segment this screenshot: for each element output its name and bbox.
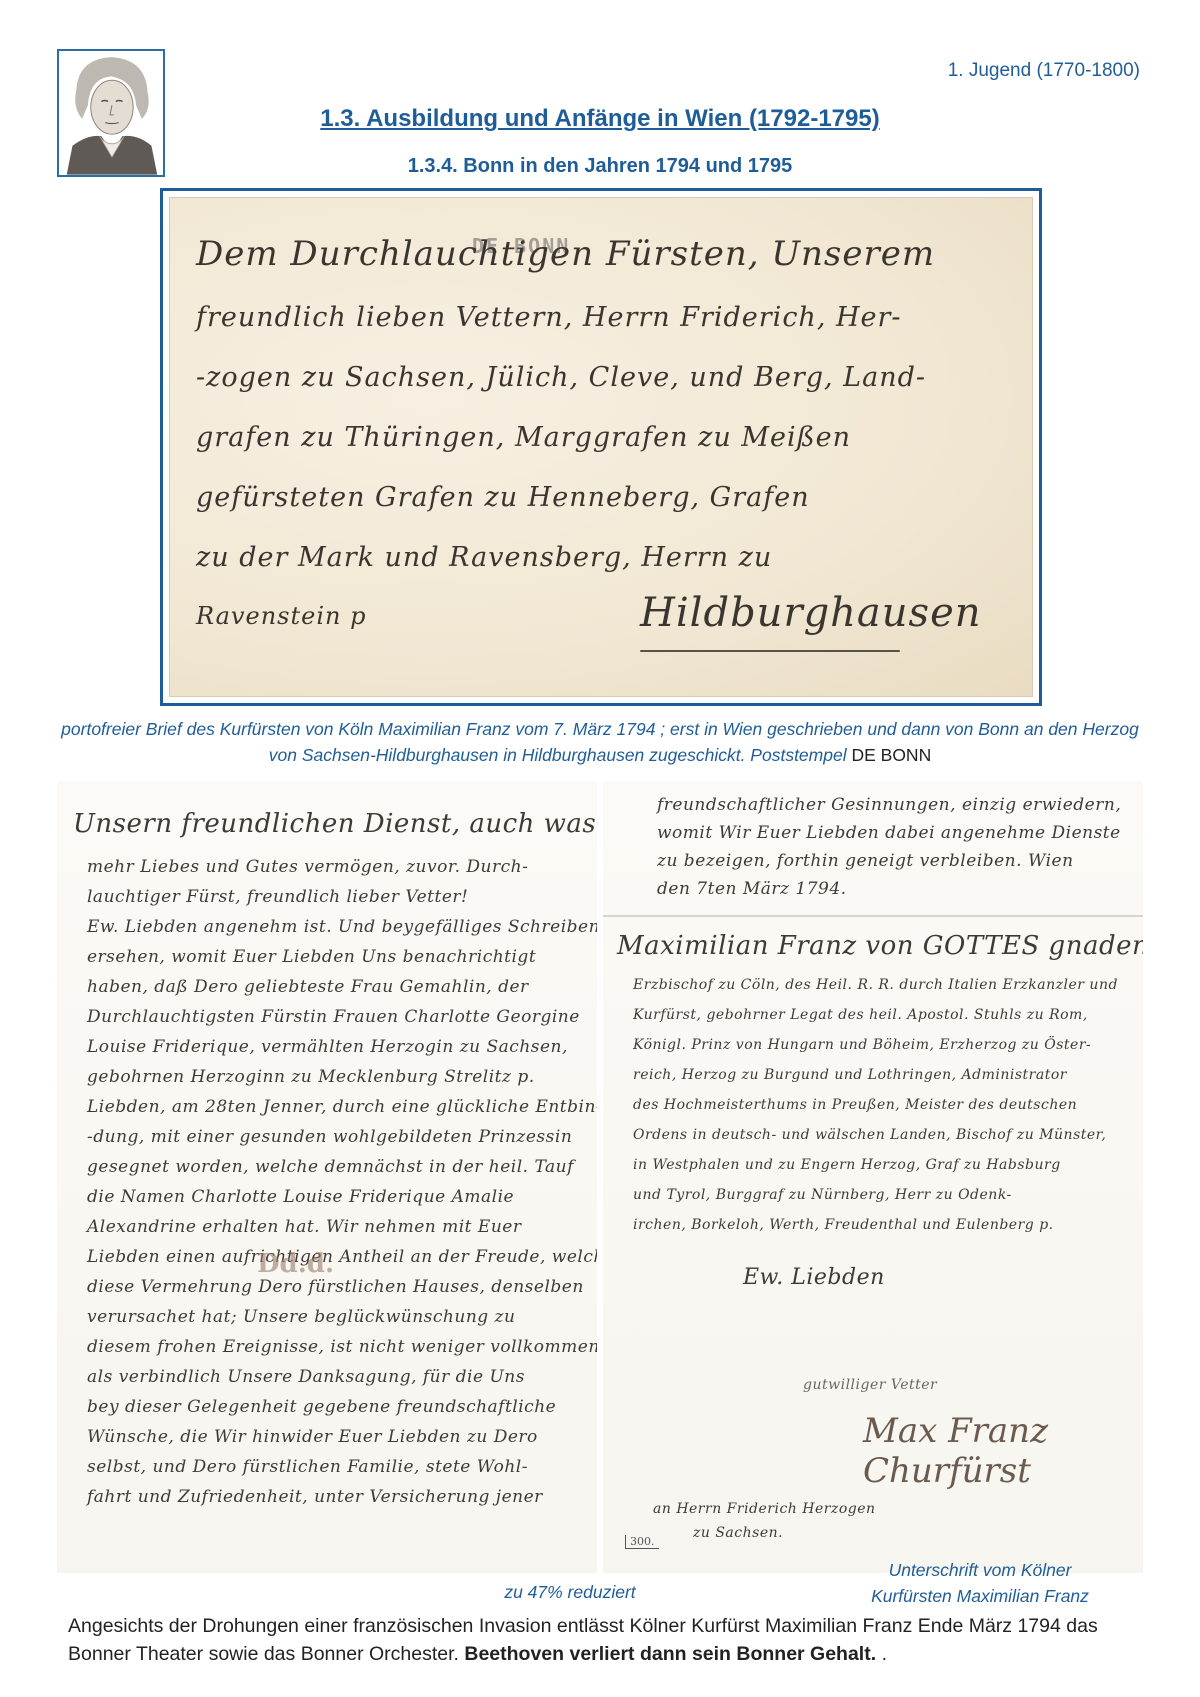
- footer-paragraph: Angesichts der Drohungen einer französis…: [68, 1612, 1148, 1668]
- address-line: zu Sachsen.: [693, 1525, 783, 1541]
- letter-line: Unsern freundlichen Dienst, auch was Wir: [73, 809, 597, 839]
- letter-line: des Hochmeisterthums in Preußen, Meister…: [633, 1097, 1077, 1113]
- letter-line: reich, Herzog zu Burgund und Lothringen,…: [633, 1067, 1067, 1083]
- letter-line: Erzbischof zu Cöln, des Heil. R. R. durc…: [633, 977, 1118, 993]
- salutation: Ew. Liebden: [743, 1265, 885, 1290]
- underline-flourish: [640, 650, 900, 652]
- envelope-line: grafen zu Thüringen, Marggrafen zu Meiße…: [196, 422, 851, 453]
- letter-line: freundschaftlicher Gesinnungen, einzig e…: [657, 795, 1121, 815]
- footer-bold-text: Beethoven verliert dann sein Bonner Geha…: [464, 1643, 876, 1665]
- letter-line: Kurfürst, gebohrner Legat des heil. Apos…: [633, 1007, 1088, 1023]
- signature: Max Franz Churfürst: [863, 1411, 1143, 1491]
- letter-line: haben, daß Dero geliebteste Frau Gemahli…: [87, 977, 529, 997]
- envelope-image-frame: DE BONN Dem Durchlauchtigen Fürsten, Uns…: [160, 188, 1042, 706]
- letter-line: fahrt und Zufriedenheit, unter Versicher…: [87, 1487, 543, 1507]
- letter-line: die Namen Charlotte Louise Friderique Am…: [87, 1187, 514, 1207]
- letter-line: Königl. Prinz von Hungarn und Böheim, Er…: [633, 1037, 1091, 1053]
- letter-line: womit Wir Euer Liebden dabei angenehme D…: [657, 823, 1121, 843]
- page-number: 300.: [625, 1535, 659, 1549]
- scale-note: zu 47% reduziert: [470, 1582, 670, 1603]
- envelope-line: freundlich lieben Vettern, Herrn Frideri…: [196, 302, 902, 333]
- chapter-label: 1. Jugend (1770-1800): [948, 60, 1140, 82]
- letter-line: Durchlauchtigsten Fürstin Frauen Charlot…: [87, 1007, 580, 1027]
- envelope-image: DE BONN Dem Durchlauchtigen Fürsten, Uns…: [169, 197, 1033, 697]
- letter-line: Ew. Liebden angenehm ist. Und beygefälli…: [87, 917, 597, 937]
- letter-line: Ordens in deutsch- und wälschen Landen, …: [633, 1127, 1106, 1143]
- letter-line: ersehen, womit Euer Liebden Uns benachri…: [87, 947, 536, 967]
- letter-page-right: freundschaftlicher Gesinnungen, einzig e…: [603, 781, 1143, 1573]
- envelope-line: Dem Durchlauchtigen Fürsten, Unserem: [196, 234, 935, 274]
- letter-line: irchen, Borkeloh, Werth, Freudenthal und…: [633, 1217, 1054, 1233]
- letter-line: Wünsche, die Wir hinwider Euer Liebden z…: [87, 1427, 538, 1447]
- envelope-destination: Hildburghausen: [640, 590, 982, 636]
- fold-line: [603, 915, 1143, 917]
- letter-line: zu bezeigen, forthin geneigt verbleiben.…: [657, 851, 1074, 871]
- envelope-line: Ravenstein p: [196, 602, 366, 630]
- letter-line: Alexandrine erhalten hat. Wir nehmen mit…: [87, 1217, 521, 1237]
- letter-line: in Westphalen und zu Engern Herzog, Graf…: [633, 1157, 1061, 1173]
- letter-line: gesegnet worden, welche demnächst in der…: [87, 1157, 574, 1177]
- letter-line: Liebden, am 28ten Jenner, durch eine glü…: [87, 1097, 597, 1117]
- envelope-line: zu der Mark und Ravensberg, Herrn zu: [196, 542, 772, 573]
- signature-caption-line1: Unterschrift vom Kölner: [820, 1557, 1140, 1583]
- letter-line: bey dieser Gelegenheit gegebene freundsc…: [87, 1397, 556, 1417]
- envelope-caption: portofreier Brief des Kurfürsten von Köl…: [60, 716, 1140, 768]
- seal-stamp-mark: Dd.d.: [257, 1249, 334, 1279]
- letter-line: gebohrnen Herzoginn zu Mecklenburg Strel…: [87, 1067, 535, 1087]
- address-line: an Herrn Friderich Herzogen: [653, 1501, 876, 1517]
- postmark-caption: DE BONN: [847, 745, 932, 765]
- letter-line: selbst, und Dero fürstlichen Familie, st…: [87, 1457, 528, 1477]
- letter-line: mehr Liebes und Gutes vermögen, zuvor. D…: [87, 857, 528, 877]
- letter-line: -dung, mit einer gesunden wohlgebildeten…: [87, 1127, 572, 1147]
- signature-caption: Unterschrift vom Kölner Kurfürsten Maxim…: [820, 1557, 1140, 1609]
- footer-tail: .: [876, 1643, 887, 1665]
- date-line: den 7ten März 1794.: [657, 879, 847, 899]
- letter-line: diesem frohen Ereignisse, ist nicht weni…: [87, 1337, 597, 1357]
- letter-page-left: Unsern freundlichen Dienst, auch was Wir…: [57, 781, 597, 1573]
- letter-line: lauchtiger Fürst, freundlich lieber Vett…: [87, 887, 468, 907]
- section-subtitle: 1.3.4. Bonn in den Jahren 1794 und 1795: [0, 155, 1200, 178]
- envelope-line: gefürsteten Grafen zu Henneberg, Grafen: [196, 482, 810, 513]
- letter-line: Louise Friderique, vermählten Herzogin z…: [87, 1037, 568, 1057]
- letter-line: als verbindlich Unsere Danksagung, für d…: [87, 1367, 525, 1387]
- letter-line: diese Vermehrung Dero fürstlichen Hauses…: [87, 1277, 584, 1297]
- letter-line: Liebden einen aufrichtigen Antheil an de…: [87, 1247, 597, 1267]
- envelope-line: -zogen zu Sachsen, Jülich, Cleve, und Be…: [196, 362, 926, 393]
- envelope-caption-text: portofreier Brief des Kurfürsten von Köl…: [61, 719, 1139, 765]
- letter-heading: Maximilian Franz von GOTTES gnaden: [617, 931, 1143, 961]
- signature-caption-line2: Kurfürsten Maximilian Franz: [820, 1583, 1140, 1609]
- letter-line: und Tyrol, Burggraf zu Nürnberg, Herr zu…: [633, 1187, 1012, 1203]
- closing: gutwilliger Vetter: [803, 1377, 937, 1393]
- letter-line: verursachet hat; Unsere beglückwünschung…: [87, 1307, 515, 1327]
- page-title[interactable]: 1.3. Ausbildung und Anfänge in Wien (179…: [0, 105, 1200, 133]
